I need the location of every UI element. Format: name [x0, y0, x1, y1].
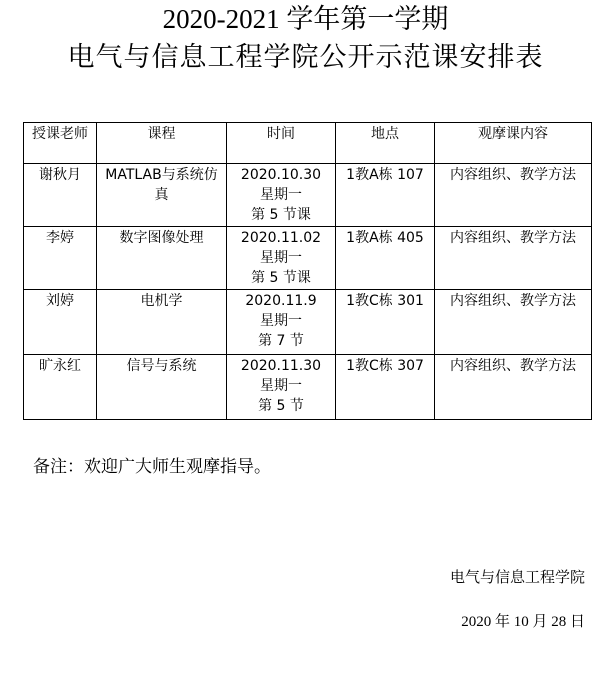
- time-period: 第 5 节课: [229, 268, 333, 288]
- cell-teacher: 旷永红: [24, 355, 97, 420]
- time-weekday: 星期一: [229, 376, 333, 396]
- cell-content: 内容组织、教学方法: [435, 227, 592, 290]
- column-header-content: 观摩课内容: [435, 123, 592, 164]
- time-period: 第 5 节课: [229, 205, 333, 225]
- cell-location: 1教A栋 405: [336, 227, 435, 290]
- document-title-main: 电气与信息工程学院公开示范课安排表: [0, 40, 611, 74]
- cell-content: 内容组织、教学方法: [435, 355, 592, 420]
- cell-course: 信号与系统: [97, 355, 227, 420]
- time-period: 第 5 节: [229, 396, 333, 416]
- signature-date: 2020 年 10 月 28 日: [461, 610, 585, 631]
- remark-note: 备注：欢迎广大师生观摩指导。: [33, 452, 271, 477]
- cell-time: 2020.11.30 星期一 第 5 节: [227, 355, 336, 420]
- column-header-time: 时间: [227, 123, 336, 164]
- time-weekday: 星期一: [229, 311, 333, 331]
- time-period: 第 7 节: [229, 331, 333, 351]
- cell-teacher: 李婷: [24, 227, 97, 290]
- time-date: 2020.10.30: [229, 165, 333, 185]
- table-header-row: 授课老师 课程 时间 地点 观摩课内容: [24, 123, 592, 164]
- table-row: 刘婷 电机学 2020.11.9 星期一 第 7 节 1教C栋 301 内容组织…: [24, 290, 592, 355]
- cell-content: 内容组织、教学方法: [435, 290, 592, 355]
- cell-content: 内容组织、教学方法: [435, 164, 592, 227]
- cell-course: MATLAB与系统仿真: [97, 164, 227, 227]
- cell-location: 1教A栋 107: [336, 164, 435, 227]
- table-row: 谢秋月 MATLAB与系统仿真 2020.10.30 星期一 第 5 节课 1教…: [24, 164, 592, 227]
- column-header-location: 地点: [336, 123, 435, 164]
- time-date: 2020.11.9: [229, 291, 333, 311]
- table-row: 旷永红 信号与系统 2020.11.30 星期一 第 5 节 1教C栋 307 …: [24, 355, 592, 420]
- table-row: 李婷 数字图像处理 2020.11.02 星期一 第 5 节课 1教A栋 405…: [24, 227, 592, 290]
- document-title-term: 2020-2021 学年第一学期: [0, 2, 611, 36]
- cell-teacher: 刘婷: [24, 290, 97, 355]
- cell-time: 2020.11.02 星期一 第 5 节课: [227, 227, 336, 290]
- cell-location: 1教C栋 307: [336, 355, 435, 420]
- cell-course: 电机学: [97, 290, 227, 355]
- cell-teacher: 谢秋月: [24, 164, 97, 227]
- cell-location: 1教C栋 301: [336, 290, 435, 355]
- time-weekday: 星期一: [229, 248, 333, 268]
- column-header-course: 课程: [97, 123, 227, 164]
- time-weekday: 星期一: [229, 185, 333, 205]
- time-date: 2020.11.02: [229, 228, 333, 248]
- cell-time: 2020.11.9 星期一 第 7 节: [227, 290, 336, 355]
- time-date: 2020.11.30: [229, 356, 333, 376]
- schedule-table: 授课老师 课程 时间 地点 观摩课内容 谢秋月 MATLAB与系统仿真 2020…: [23, 122, 592, 420]
- cell-course: 数字图像处理: [97, 227, 227, 290]
- cell-time: 2020.10.30 星期一 第 5 节课: [227, 164, 336, 227]
- column-header-teacher: 授课老师: [24, 123, 97, 164]
- signature-organization: 电气与信息工程学院: [450, 566, 585, 587]
